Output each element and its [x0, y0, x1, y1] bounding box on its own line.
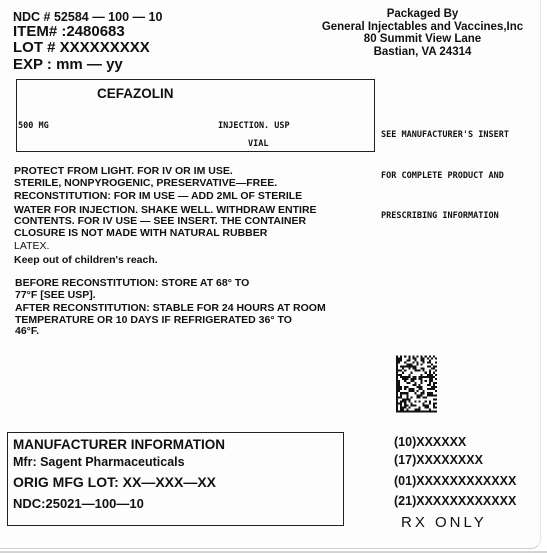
warnings-block: PROTECT FROM LIGHT. FOR IV OR IM USE. ST… [14, 166, 317, 266]
bottom-edge [0, 551, 547, 553]
warning-line: PROTECT FROM LIGHT. FOR IV OR IM USE. [14, 166, 317, 178]
insert-note: SEE MANUFACTURER'S INSERT FOR COMPLETE P… [381, 102, 509, 237]
gs1-serial: (21)XXXXXXXXXXXX [394, 494, 516, 508]
storage-line: 46°F. [15, 326, 326, 338]
product-box [16, 79, 375, 152]
drug-strength: 500 MG [18, 121, 49, 131]
warning-line: Keep out of children's reach. [14, 255, 317, 267]
insert-note-line: PRESCRIBING INFORMATION [381, 210, 509, 224]
package-ndc: NDC # 52584 — 100 — 10 [13, 10, 162, 24]
item-number: ITEM# :2480683 [13, 23, 125, 40]
container-type: VIAL [248, 139, 268, 149]
lot-number: LOT # XXXXXXXXX [13, 39, 150, 56]
rx-only: RX ONLY [401, 514, 487, 531]
manufacturer-ndc: NDC:25021—100—10 [13, 496, 144, 511]
warning-line: CONTENTS. FOR IV USE — SEE INSERT. THE C… [14, 216, 317, 228]
manufacturer-name: Mfr: Sagent Pharmaceuticals [13, 455, 185, 469]
expiration-date: EXP : mm — yy [13, 56, 123, 73]
gs1-batch-lot: (10)XXXXXX [394, 435, 466, 449]
packager-name: General Injectables and Vaccines,Inc [300, 21, 545, 34]
warning-line: LATEX. [14, 241, 317, 253]
insert-note-line: SEE MANUFACTURER'S INSERT [381, 129, 509, 143]
storage-line: AFTER RECONSTITUTION: STABLE FOR 24 HOUR… [15, 303, 326, 315]
packager-address-line2: Bastian, VA 24314 [300, 46, 545, 59]
warning-line: RECONSTITUTION: FOR IM USE — ADD 2ML OF … [14, 191, 317, 203]
insert-note-line: FOR COMPLETE PRODUCT AND [381, 170, 509, 184]
gs1-expiry: (17)XXXXXXXX [394, 453, 483, 467]
dosage-form: INJECTION. USP [218, 121, 290, 131]
original-mfg-lot: ORIG MFG LOT: XX—XXX—XX [13, 474, 216, 490]
warning-line: STERILE, NONPYROGENIC, PRESERVATIVE—FREE… [14, 178, 317, 190]
storage-line: 77°F [SEE USP]. [15, 290, 326, 302]
gs1-gtin: (01)XXXXXXXXXXXX [394, 474, 516, 488]
warning-line: CLOSURE IS NOT MADE WITH NATURAL RUBBER [14, 228, 317, 240]
packager-address-line1: 80 Summit View Lane [300, 33, 545, 46]
storage-line: BEFORE RECONSTITUTION: STORE AT 68° TO [15, 278, 326, 290]
storage-block: BEFORE RECONSTITUTION: STORE AT 68° TO 7… [15, 278, 326, 338]
packager-info: Packaged By General Injectables and Vacc… [300, 8, 545, 58]
packager-heading: Packaged By [300, 8, 545, 21]
drug-name: CEFAZOLIN [97, 86, 174, 101]
manufacturer-title: MANUFACTURER INFORMATION [13, 437, 225, 452]
datamatrix-barcode-icon [396, 355, 437, 413]
storage-line: TEMPERATURE OR 10 DAYS IF REFRIGERATED 3… [15, 315, 326, 327]
